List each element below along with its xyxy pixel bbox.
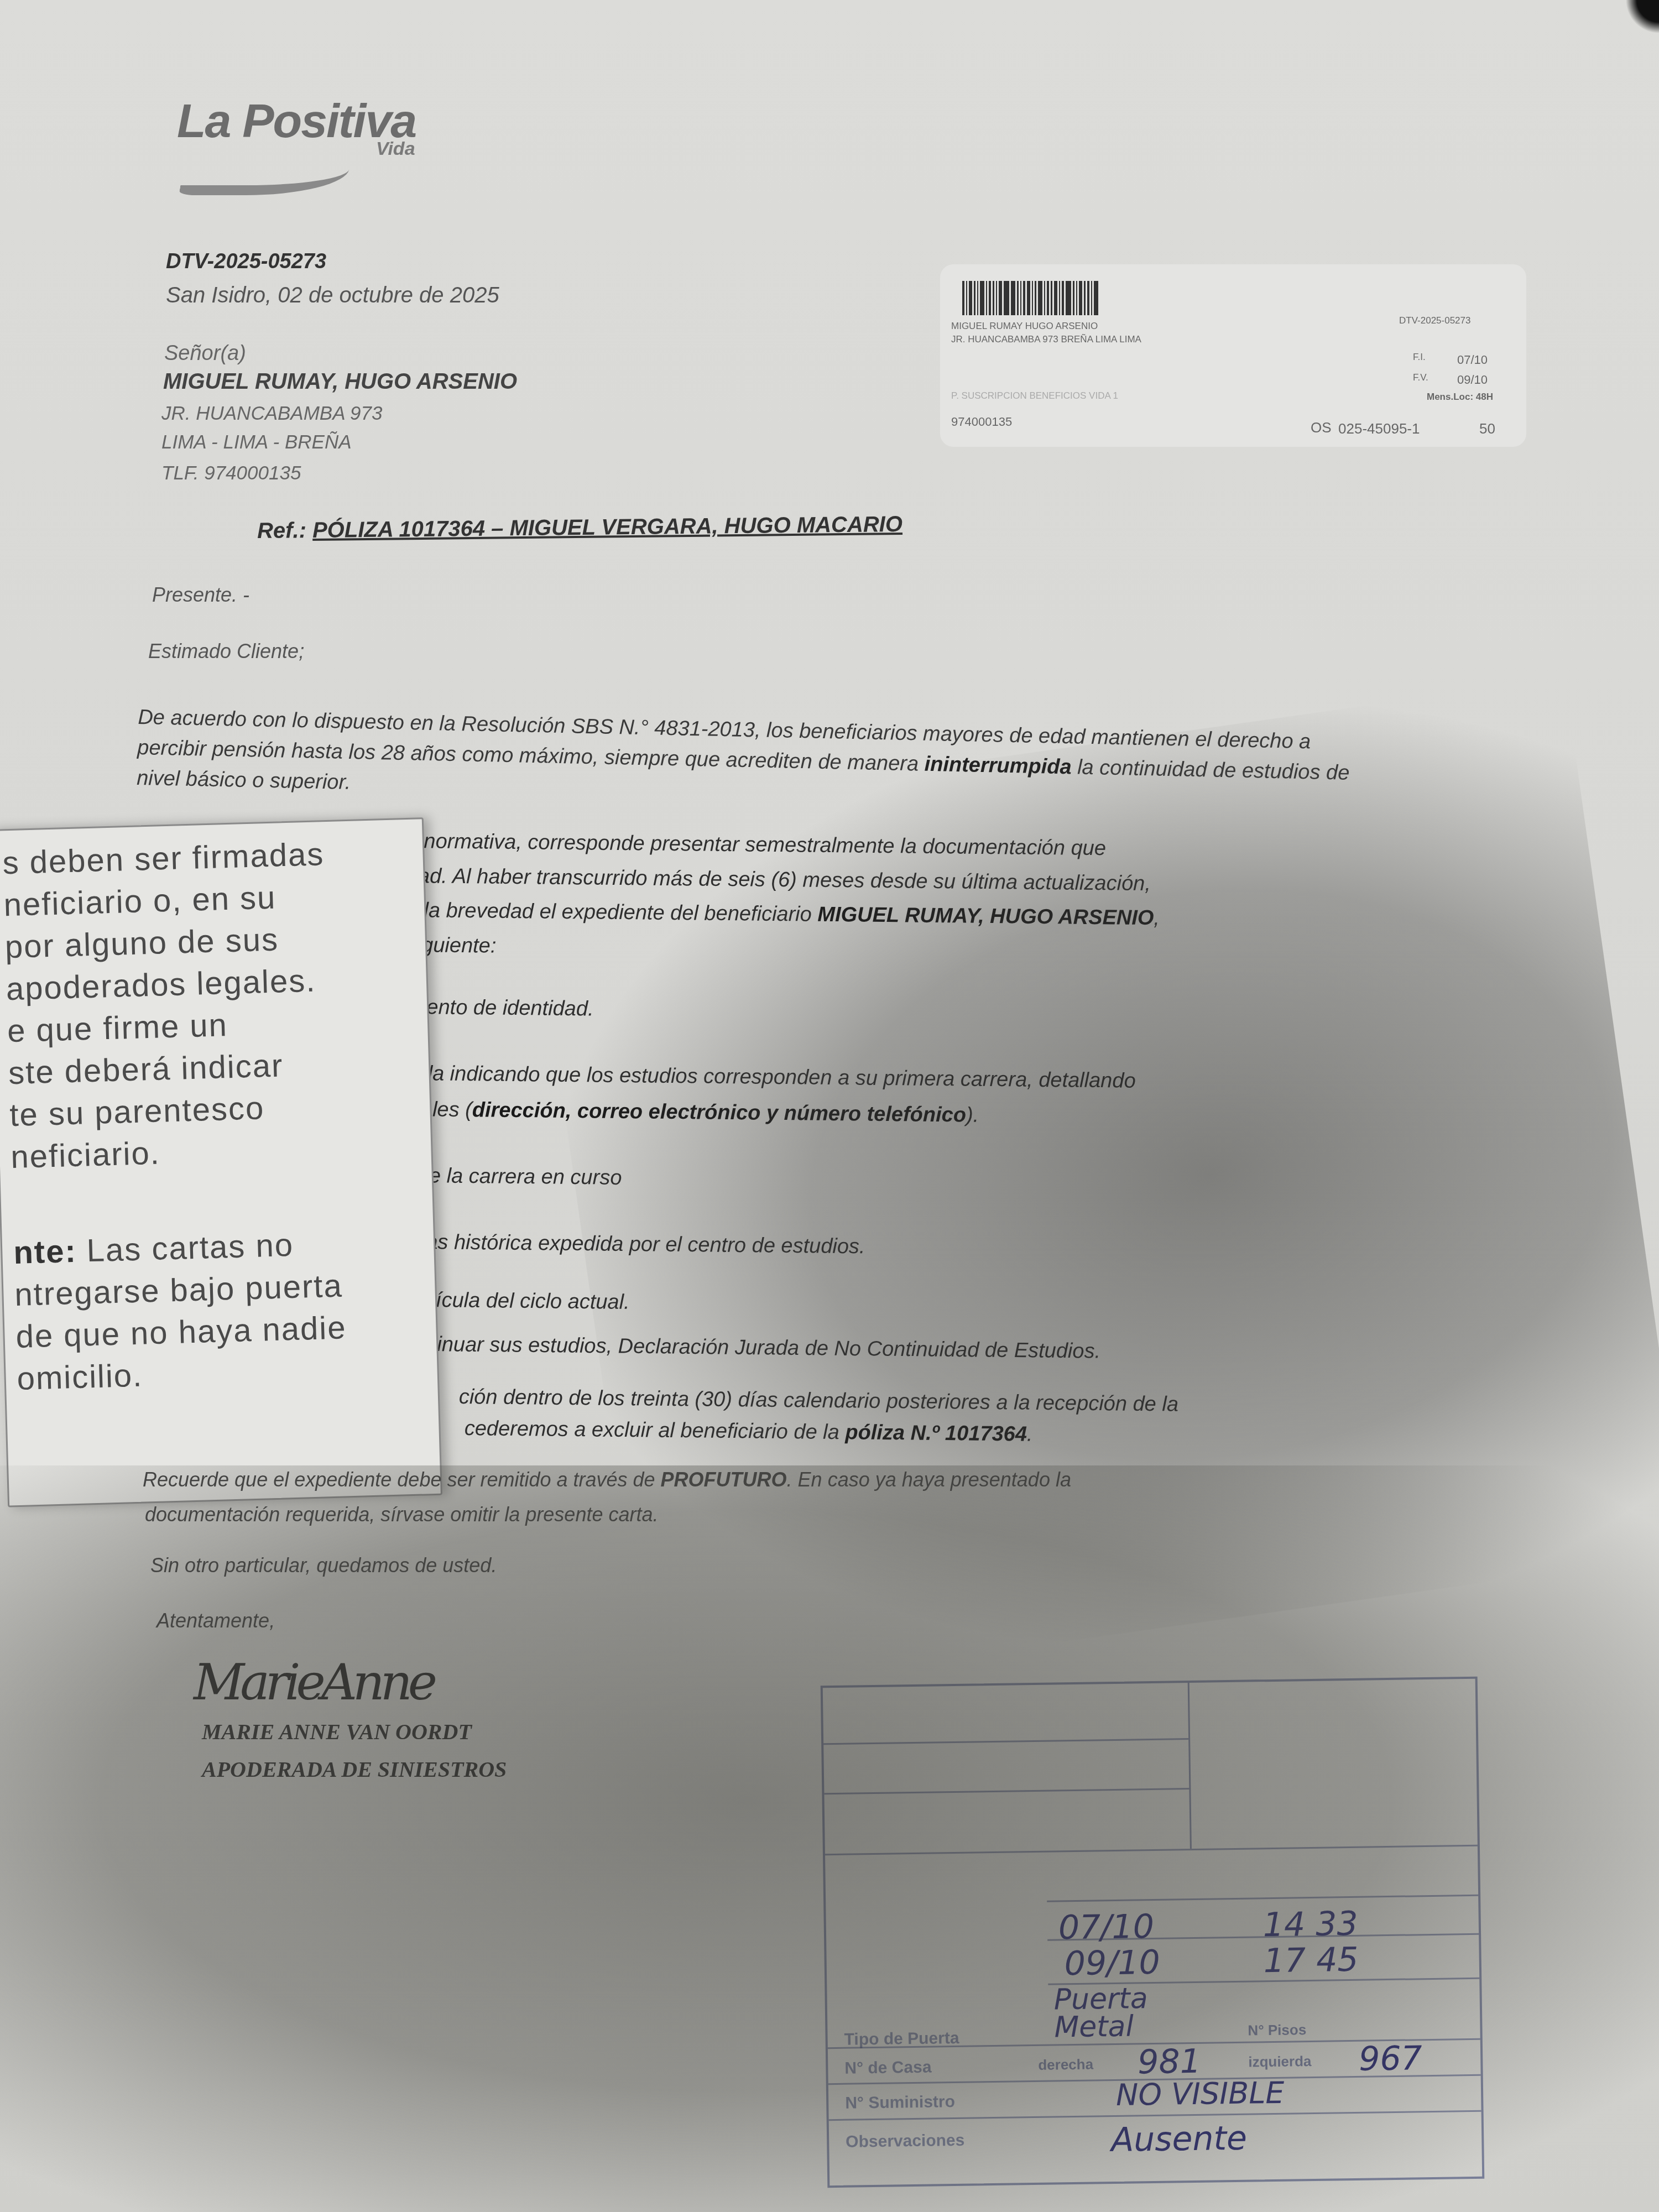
note-line: omicilio.: [17, 1357, 143, 1397]
salutation-label: Señor(a): [164, 342, 246, 366]
company-logo: La Positiva Vida: [177, 94, 416, 149]
label-route: 50: [1479, 420, 1495, 437]
photo-shadow: [0, 1465, 1659, 2212]
reference-line: Ref.: PÓLIZA 1017364 – MIGUEL VERGARA, H…: [257, 512, 902, 544]
note-line: apoderados legales.: [6, 962, 316, 1008]
label-os: OS: [1311, 419, 1332, 436]
label-name: MIGUEL RUMAY HUGO ARSENIO: [951, 321, 1098, 332]
greeting-dear: Estimado Cliente;: [148, 640, 304, 663]
label-os-number: 025-45095-1: [1338, 420, 1420, 437]
label-phone: 974000135: [951, 415, 1012, 429]
reference-code: DTV-2025-05273: [166, 250, 326, 274]
address-line: TLF. 974000135: [161, 462, 301, 484]
logo-sub: Vida: [376, 138, 415, 160]
address-line: LIMA - LIMA - BREÑA: [161, 431, 352, 453]
note-line: ntregarse bajo puerta: [14, 1267, 343, 1313]
label-fv-value: 09/10: [1457, 373, 1488, 387]
note-line: por alguno de sus: [4, 921, 279, 966]
reference-prefix: Ref.:: [257, 518, 306, 543]
address-line: JR. HUANCABAMBA 973: [161, 403, 382, 425]
note-line: nte: Las cartas no: [13, 1227, 294, 1271]
shipping-label: MIGUEL RUMAY HUGO ARSENIO JR. HUANCABAMB…: [940, 264, 1526, 447]
note-line: te su parentesco: [9, 1089, 265, 1134]
reference-text: PÓLIZA 1017364 – MIGUEL VERGARA, HUGO MA…: [312, 512, 902, 542]
label-mens-loc: Mens.Loc: 48H: [1427, 392, 1493, 403]
label-fi-value: 07/10: [1457, 353, 1488, 367]
note-line: de que no haya nadie: [15, 1309, 347, 1355]
note-line: neficiario.: [11, 1135, 161, 1176]
place-date: San Isidro, 02 de octubre de 2025: [166, 283, 499, 308]
recipient-name: MIGUEL RUMAY, HUGO ARSENIO: [163, 369, 517, 394]
logo-swoosh-icon: [179, 152, 352, 195]
label-fi-label: F.I.: [1413, 352, 1426, 363]
note-line: neficiario o, en su: [3, 879, 276, 924]
note-line: s deben ser firmadas: [2, 836, 325, 881]
note-line: e que firme un: [7, 1006, 228, 1050]
label-code: DTV-2025-05273: [1399, 315, 1470, 326]
note-line: ste deberá indicar: [8, 1047, 284, 1092]
label-fv-label: F.V.: [1413, 372, 1428, 383]
greeting-present: Presente. -: [152, 583, 249, 607]
label-address: JR. HUANCABAMBA 973 BREÑA LIMA LIMA: [951, 334, 1141, 345]
overlay-note-card: s deben ser firmadasneficiario o, en sup…: [0, 817, 442, 1507]
barcode-icon: [962, 281, 1272, 315]
label-service: P. SUSCRIPCION BENEFICIOS VIDA 1: [951, 390, 1118, 401]
